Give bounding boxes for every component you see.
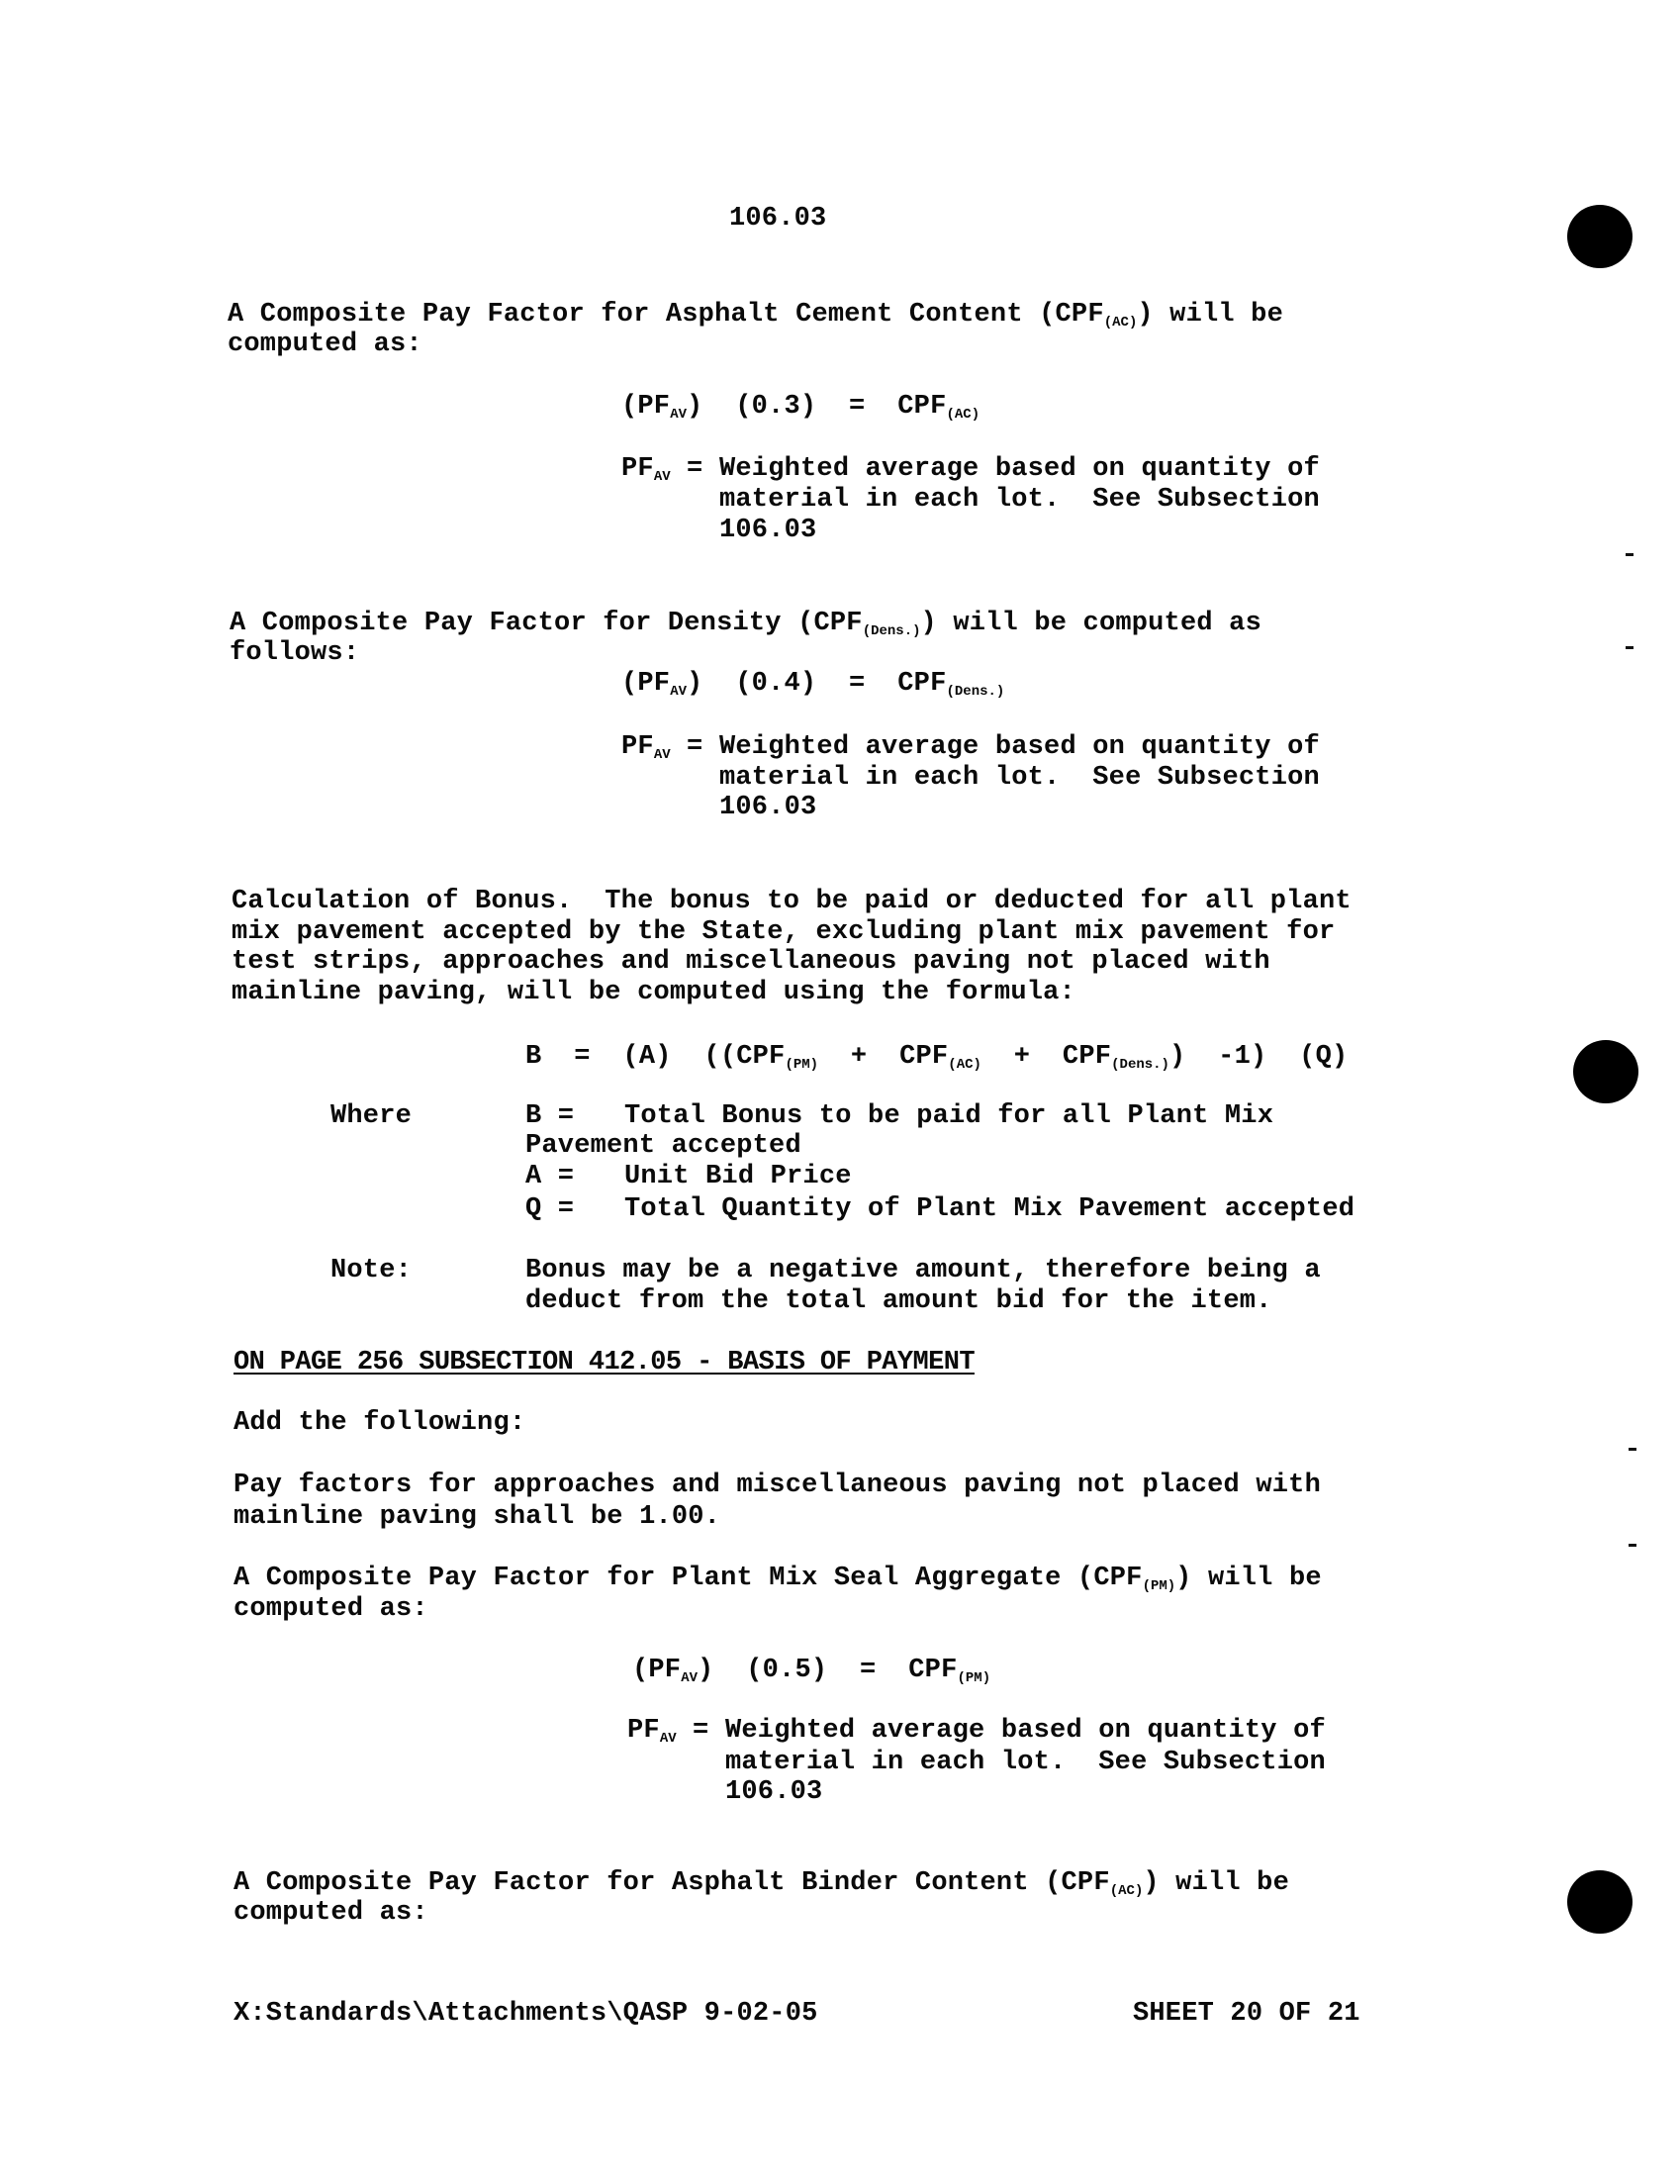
ac-definition-line: material in each lot. See Subsection bbox=[719, 485, 1320, 516]
text: = bbox=[671, 454, 719, 484]
punch-hole-middle bbox=[1573, 1040, 1638, 1103]
text: A Composite Pay Factor for Density (CPF bbox=[230, 609, 863, 638]
density-intro-line1: A Composite Pay Factor for Density (CPF(… bbox=[230, 609, 1261, 647]
bonus-paragraph-line: mainline paving, will be computed using … bbox=[232, 978, 1075, 1008]
subscript: AV bbox=[681, 1670, 698, 1686]
where-key: B = bbox=[525, 1101, 574, 1132]
where-value: Total Quantity of Plant Mix Pavement acc… bbox=[624, 1194, 1354, 1225]
text: + CPF bbox=[981, 1042, 1111, 1072]
text: ) will be bbox=[1143, 1868, 1289, 1898]
subscript: AV bbox=[670, 684, 687, 700]
pm-definition-line: 106.03 bbox=[725, 1777, 822, 1808]
ac-intro-line2: computed as: bbox=[228, 330, 422, 360]
footer-sheet: SHEET 20 OF 21 bbox=[1133, 1999, 1360, 2030]
subscript: (PM) bbox=[957, 1670, 990, 1686]
note-label: Note: bbox=[330, 1256, 412, 1286]
density-definition-term: PFAV = bbox=[621, 732, 719, 771]
text: A Composite Pay Factor for Asphalt Binde… bbox=[233, 1868, 1110, 1898]
text: ) -1) (Q) bbox=[1169, 1042, 1348, 1072]
margin-mark bbox=[1629, 1448, 1636, 1451]
text: ) will be bbox=[1137, 300, 1283, 330]
section-heading: ON PAGE 256 SUBSECTION 412.05 - BASIS OF… bbox=[233, 1348, 975, 1378]
where-key: Q = bbox=[525, 1194, 574, 1225]
subscript: (AC) bbox=[948, 1057, 981, 1073]
pm-formula: (PFAV) (0.5) = CPF(PM) bbox=[632, 1656, 990, 1694]
text: A Composite Pay Factor for Asphalt Cemen… bbox=[228, 300, 1104, 330]
note-line: deduct from the total amount bid for the… bbox=[525, 1286, 1272, 1317]
text: ) (0.4) = CPF bbox=[687, 669, 946, 699]
subscript: (AC) bbox=[1104, 315, 1138, 331]
section-number: 106.03 bbox=[729, 204, 826, 235]
text: = bbox=[671, 732, 719, 762]
pay-factors-line: Pay factors for approaches and miscellan… bbox=[233, 1471, 1321, 1501]
ac-definition-term: PFAV = bbox=[621, 454, 719, 493]
pay-factors-line: mainline paving shall be 1.00. bbox=[233, 1502, 720, 1533]
pm-definition-term: PFAV = bbox=[627, 1716, 725, 1755]
pm-definition-line: Weighted average based on quantity of bbox=[725, 1716, 1326, 1747]
subscript: (Dens.) bbox=[863, 623, 921, 639]
ac-definition-line: Weighted average based on quantity of bbox=[719, 454, 1320, 485]
note-line: Bonus may be a negative amount, therefor… bbox=[525, 1256, 1321, 1286]
pm-definition-line: material in each lot. See Subsection bbox=[725, 1748, 1326, 1778]
where-value: Total Bonus to be paid for all Plant Mix bbox=[624, 1101, 1273, 1132]
density-definition-line: material in each lot. See Subsection bbox=[719, 763, 1320, 794]
ac-definition-line: 106.03 bbox=[719, 516, 816, 546]
subscript: (AC) bbox=[946, 407, 980, 423]
subscript: (PM) bbox=[1143, 1578, 1176, 1594]
subscript: AV bbox=[654, 747, 671, 763]
density-formula: (PFAV) (0.4) = CPF(Dens.) bbox=[621, 669, 1004, 708]
bonus-paragraph-line: test strips, approaches and miscellaneou… bbox=[232, 947, 1270, 978]
bonus-paragraph-line: mix pavement accepted by the State, excl… bbox=[232, 917, 1335, 948]
punch-hole-top bbox=[1567, 205, 1633, 268]
where-key: A = bbox=[525, 1162, 574, 1192]
text: A Composite Pay Factor for Plant Mix Sea… bbox=[233, 1564, 1143, 1593]
subscript: (PM) bbox=[785, 1057, 818, 1073]
density-definition-line: Weighted average based on quantity of bbox=[719, 732, 1320, 763]
margin-mark bbox=[1626, 553, 1633, 556]
text: ) will be bbox=[1175, 1564, 1322, 1593]
punch-hole-bottom bbox=[1567, 1870, 1633, 1934]
text: ) will be computed as bbox=[921, 609, 1261, 638]
footer-path: X:Standards\Attachments\QASP 9-02-05 bbox=[233, 1999, 818, 2030]
ac-formula: (PFAV) (0.3) = CPF(AC) bbox=[621, 392, 980, 430]
where-value: Unit Bid Price bbox=[624, 1162, 852, 1192]
text: (PF bbox=[632, 1656, 681, 1685]
text: PF bbox=[621, 454, 654, 484]
subscript: AV bbox=[660, 1731, 677, 1747]
text: = bbox=[677, 1716, 725, 1746]
text: ) (0.5) = CPF bbox=[698, 1656, 957, 1685]
subscript: (AC) bbox=[1110, 1883, 1144, 1899]
add-following: Add the following: bbox=[233, 1408, 525, 1439]
text: B = (A) ((CPF bbox=[525, 1042, 785, 1072]
bonus-formula: B = (A) ((CPF(PM) + CPF(AC) + CPF(Dens.)… bbox=[525, 1042, 1348, 1081]
margin-mark bbox=[1626, 646, 1633, 649]
density-definition-line: 106.03 bbox=[719, 793, 816, 823]
margin-mark bbox=[1629, 1544, 1636, 1547]
text: ) (0.3) = CPF bbox=[687, 392, 946, 422]
bonus-paragraph-line: Calculation of Bonus. The bonus to be pa… bbox=[232, 887, 1352, 917]
subscript: AV bbox=[654, 469, 671, 485]
subscript: (Dens.) bbox=[946, 684, 1004, 700]
pm-intro-line2: computed as: bbox=[233, 1594, 428, 1625]
where-value: Pavement accepted bbox=[525, 1131, 801, 1162]
text: + CPF bbox=[818, 1042, 948, 1072]
subscript: (Dens.) bbox=[1111, 1057, 1169, 1073]
text: (PF bbox=[621, 669, 670, 699]
text: PF bbox=[627, 1716, 660, 1746]
text: PF bbox=[621, 732, 654, 762]
binder-intro-line2: computed as: bbox=[233, 1898, 428, 1929]
text: (PF bbox=[621, 392, 670, 422]
subscript: AV bbox=[670, 407, 687, 423]
where-label: Where bbox=[330, 1101, 412, 1132]
document-page: 106.03 A Composite Pay Factor for Asphal… bbox=[0, 0, 1680, 2184]
density-intro-line2: follows: bbox=[230, 638, 359, 669]
